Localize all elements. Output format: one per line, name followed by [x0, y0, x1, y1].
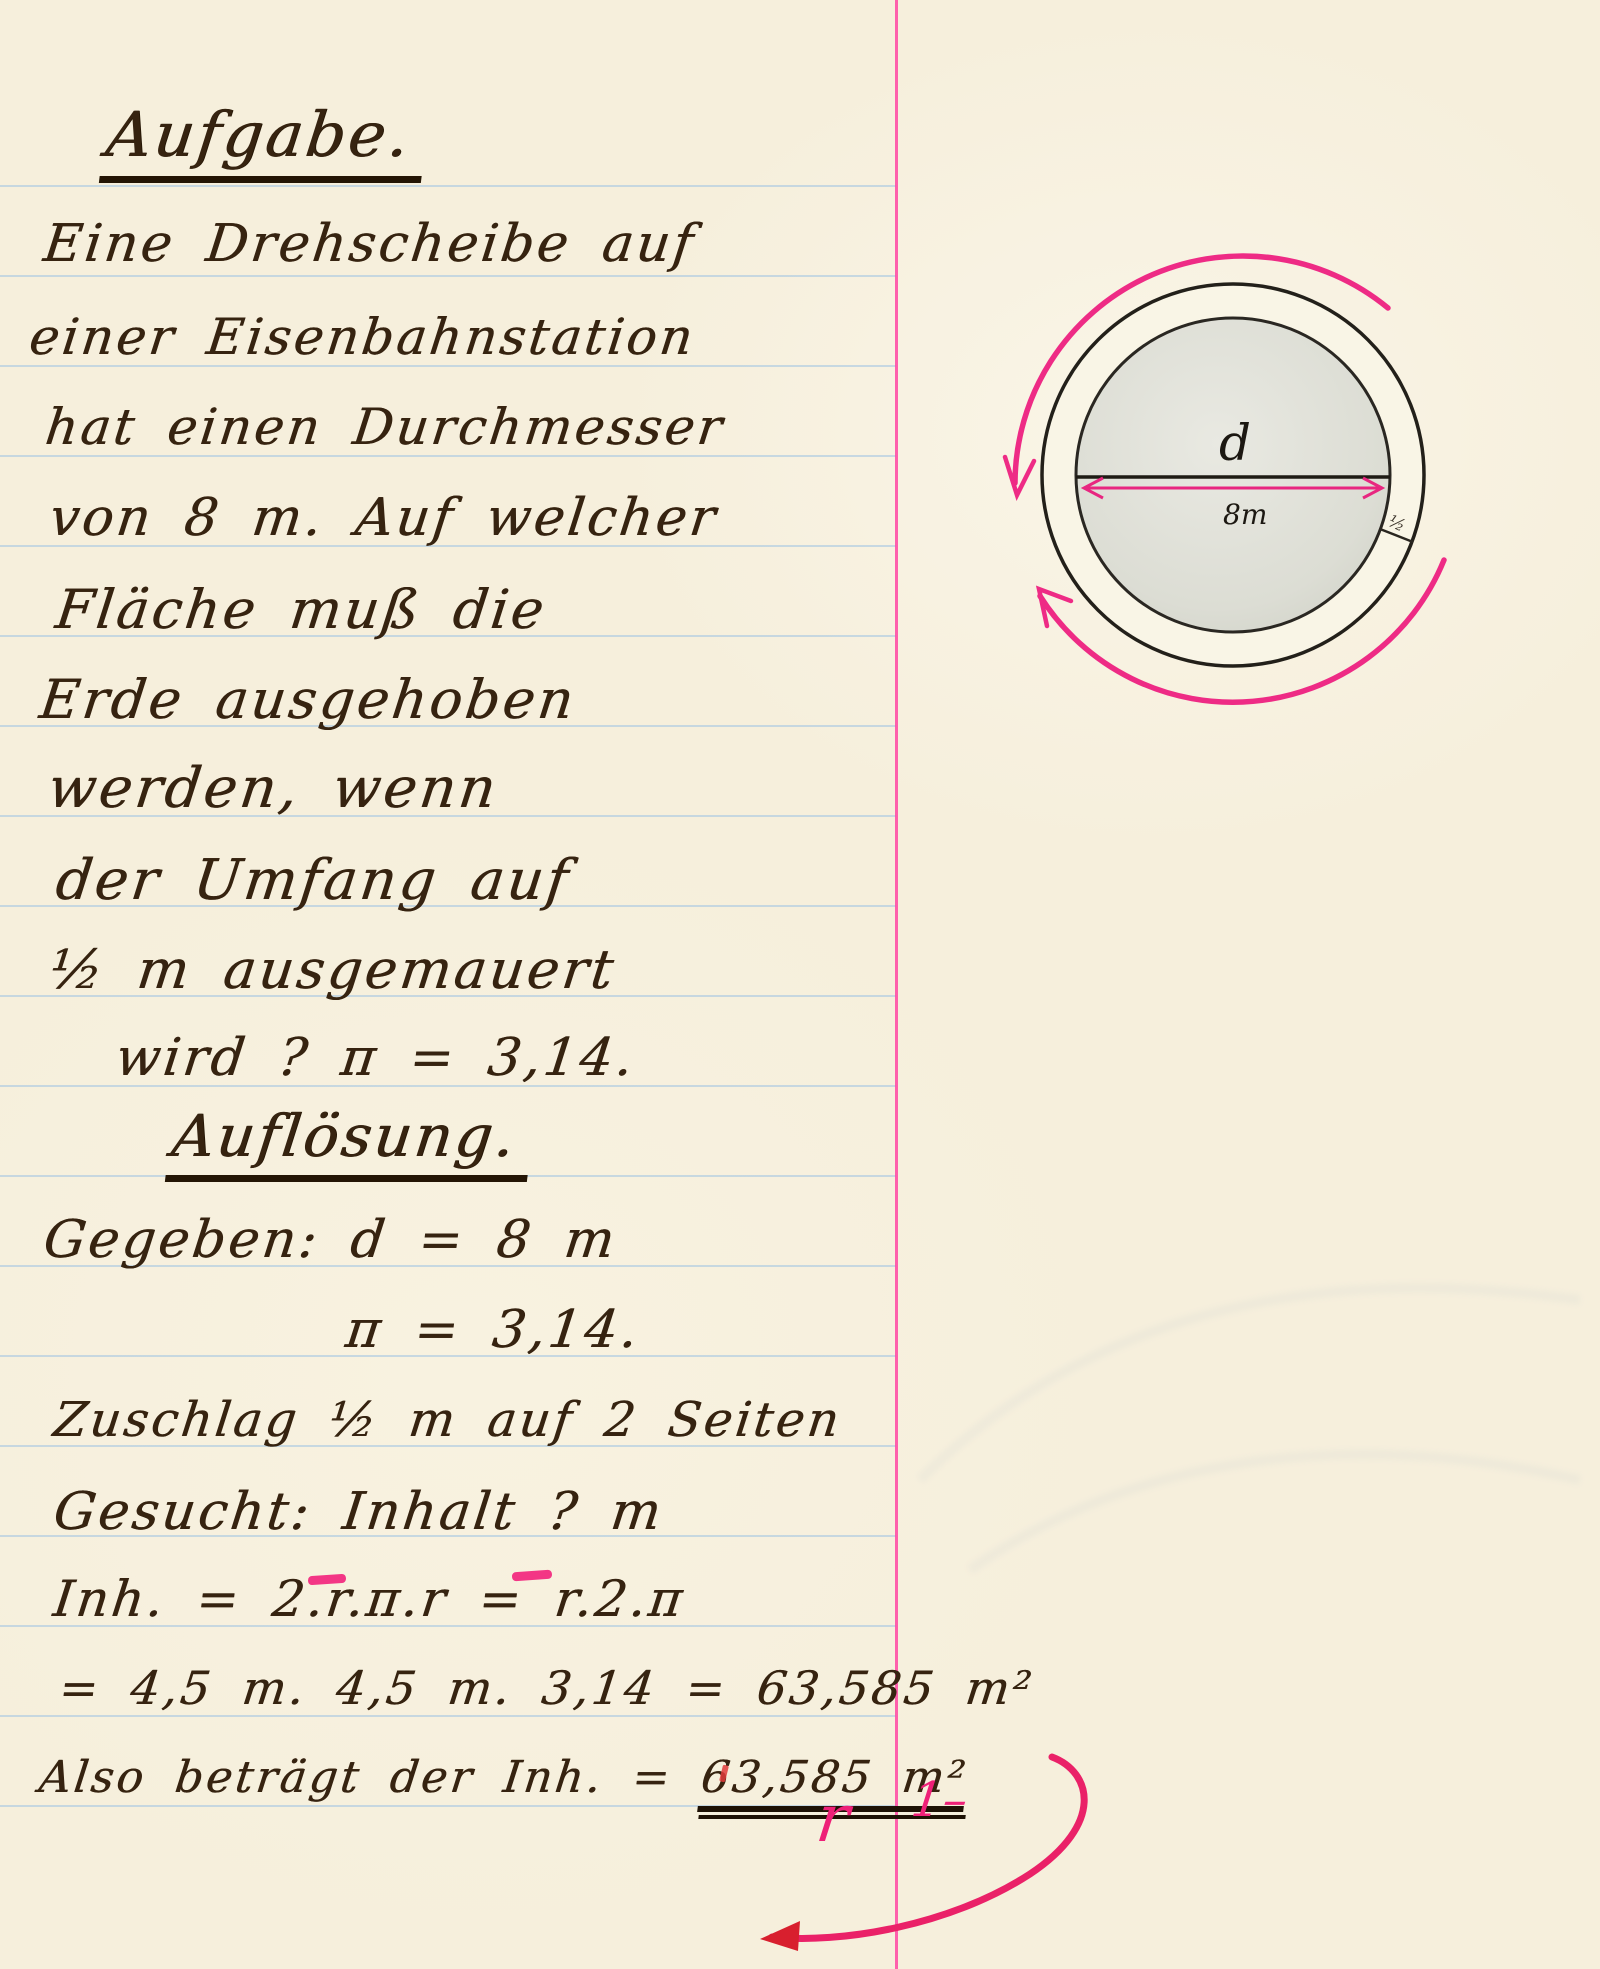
problem-line-7: werden, wenn: [44, 754, 502, 824]
measure-label: 8m: [1223, 498, 1267, 531]
problem-line-4: von 8 m. Auf welcher: [46, 486, 722, 551]
diameter-label: d: [1219, 414, 1251, 472]
title-text: Aufgabe.: [99, 98, 432, 183]
given-line: Gegeben: d = 8 m: [40, 1208, 621, 1273]
problem-line-9: ½ m ausgemauert: [46, 936, 620, 1004]
flourish-arrowhead: [760, 1921, 800, 1951]
problem-line-8: der Umfang auf: [52, 846, 574, 916]
problem-line-5: Fläche muß die: [52, 576, 550, 644]
solution-heading: Auflösung.: [166, 1100, 537, 1173]
solution-heading-text: Auflösung.: [165, 1102, 537, 1182]
problem-line-10: wird ? π = 3,14.: [112, 1026, 639, 1091]
page-title: Aufgabe.: [100, 96, 432, 174]
problem-line-6: Erde ausgehoben: [36, 666, 580, 734]
given-pi-line: π = 3,14.: [342, 1298, 644, 1363]
notebook-page: Aufgabe. Eine Drehscheibe auf einer Eise…: [0, 0, 1600, 1969]
surcharge-line: Zuschlag ½ m auf 2 Seiten: [50, 1390, 845, 1450]
problem-line-3: hat einen Durchmesser: [42, 396, 728, 459]
bleed-through-ghost: [880, 1100, 1600, 1600]
teacher-flourish: [600, 1728, 1120, 1969]
rotation-arrowhead-left: [1005, 457, 1034, 495]
formula-line: Inh. = 2.r.π.r = r.2.π: [50, 1568, 689, 1631]
turntable-disc: [1076, 318, 1390, 632]
calc-line: = 4,5 m. 4,5 m. 3,14 = 63,585 m²: [56, 1660, 1037, 1718]
sought-line: Gesucht: Inhalt ? m: [50, 1480, 667, 1545]
flourish-curve: [772, 1757, 1084, 1938]
turntable-diagram: d 8m ½: [985, 232, 1485, 722]
problem-line-2: einer Eisenbahnstation: [26, 306, 699, 369]
problem-line-1: Eine Drehscheibe auf: [40, 212, 699, 277]
